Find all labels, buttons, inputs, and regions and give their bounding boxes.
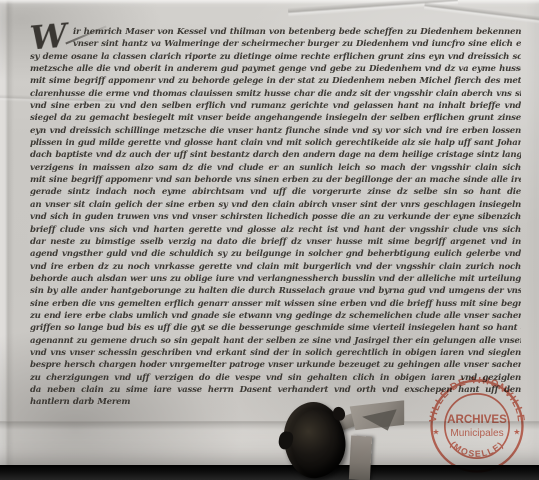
seal-tag-tail [349, 435, 372, 480]
manuscript-line: vnd vns vnser schessin geschriben vnd er… [30, 347, 521, 359]
charter-photograph: W ir hemrich Maser von Kessel vnd thilma… [0, 0, 539, 480]
stamp-star-right-icon: ★ [513, 427, 520, 436]
manuscript-line: metzsche alle die vnd oberit in anderem … [30, 63, 521, 75]
manuscript-line: dar neste zu bimstige sselb verzig na da… [30, 236, 521, 248]
manuscript-line: behorde auch alsdan wer uns zu oblige iu… [30, 273, 521, 285]
manuscript-line: brieff clude vns sich vnd harten gerette… [30, 224, 521, 236]
manuscript-line: mit sine begriff appomenr vnd san behord… [30, 174, 521, 186]
manuscript-line: vnser sint hantz va Walmeringe der schei… [30, 38, 521, 50]
manuscript-text: ir hemrich Maser von Kessel vnd thilman … [30, 26, 521, 409]
manuscript-line: ir hemrich Maser von Kessel vnd thilman … [30, 26, 521, 38]
manuscript-line: sine erben die vns gemelten erflich gena… [30, 298, 521, 310]
photo-edge-top [0, 0, 539, 4]
stamp-center-line2: Municipales [450, 428, 503, 439]
manuscript-line: bespre hersch chargen hoder vnrgemelter … [30, 359, 521, 371]
manuscript-line: an vnser sit clain gelich der sine erben… [30, 199, 521, 211]
manuscript-line: griffen so lange bud bis es uff die gyt … [30, 322, 521, 334]
stamp-center-line1: ARCHIVES [447, 414, 507, 426]
stamp-star-left-icon: ★ [432, 427, 439, 436]
manuscript-line: gerade sintz indach noch eyme abirchtsam… [30, 186, 521, 198]
manuscript-line: sin by alle ander hantgeborunge zu halte… [30, 285, 521, 297]
manuscript-line: vnd ire erben dz zu noch vnrkasse gerett… [30, 261, 521, 273]
manuscript-line: eyn vnd dreissich schillinge metzsche di… [30, 125, 521, 137]
manuscript-line: verzigens in maissen alzo sam dz die vnd… [30, 162, 521, 174]
manuscript-line: siegel da zu gemacht besiegelt mit vnser… [30, 112, 521, 124]
manuscript-line: agend vngsther guld vnd die schuldich sy… [30, 248, 521, 260]
stamp-bottom-text: (MOSELLE) [448, 439, 505, 459]
manuscript-line: clarenhusse die erme vnd thomas clauisse… [30, 88, 521, 100]
manuscript-line: sy deme osane la classen clarich riporte… [30, 51, 521, 63]
manuscript-line: zu end iere erbe clabs umlich vnd gnade … [30, 310, 521, 322]
manuscript-line: plissen in gud milde gerette vnd glosse … [30, 137, 521, 149]
manuscript-line: vnd sich in guden truwen vns vnd vnser s… [30, 211, 521, 223]
manuscript-line: dach baptiste vnd dz auch der uff sint b… [30, 149, 521, 161]
manuscript-line: vnd sine erben zu vnd den selben erflich… [30, 100, 521, 112]
archive-stamp: VILLE DE THIONVILLE (MOSELLE) ARCHIVES M… [428, 377, 526, 475]
manuscript-line: agenannt zu gemene druch so sin gepalt h… [30, 335, 521, 347]
manuscript-line: mit sime begriff appomenr vnd zu behorde… [30, 75, 521, 87]
svg-text:(MOSELLE): (MOSELLE) [448, 439, 505, 459]
